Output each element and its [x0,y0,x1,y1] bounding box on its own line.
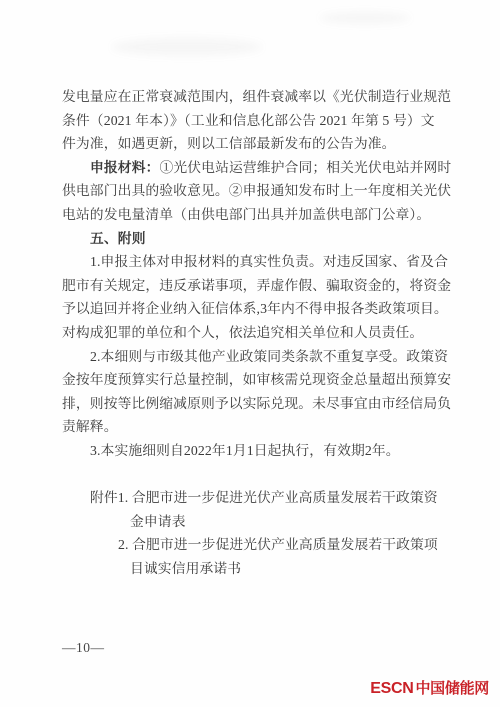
blank-line [62,463,452,487]
line-text: 予以追回并将企业纳入征信体系,3年内不得申报各类政策项目。 [62,301,448,316]
text-line: 对构成犯罪的单位和个人，依法追究相关单位和人员责任。 [62,321,452,345]
line-text: 条件（2021 年本）》（工业和信息化部公告 2021 年第 5 号）文 [62,113,435,128]
escn-logo: ESCN中国储能网 [370,679,489,698]
text-line: 金按年度预算实行总量控制，如审核需兑现资金总量超出预算安 [62,368,452,392]
line-text: 五、附则 [90,231,146,246]
text-line: 责解释。 [62,415,452,439]
line-text: 责解释。 [62,419,118,434]
text-line: 予以追回并将企业纳入征信体系,3年内不得申报各类政策项目。 [62,297,452,321]
scan-artifact [320,12,410,24]
text-line: 供电部门出具的验收意见。②申报通知发布时上一年度相关光伏 [62,179,452,203]
line-text: 对构成犯罪的单位和个人，依法追究相关单位和人员责任。 [62,325,423,340]
line-text: 2. 合肥市进一步促进光伏产业高质量发展若干政策项 [118,537,438,552]
text-line: 电站的发电量清单（由供电部门出具并加盖供电部门公章）。 [62,203,452,227]
text-line: 附件1. 合肥市进一步促进光伏产业高质量发展若干政策资 [62,486,452,510]
document-text: 发电量应在正常衰减范围内，组件衰减率以《光伏制造行业规范条件（2021 年本）》… [62,85,452,580]
text-line: 3.本实施细则自2022年1月1日起执行，有效期2年。 [62,439,452,463]
text-line: 件为准，如遇更新，则以工信部最新发布的公告为准。 [62,132,452,156]
escn-logo-latin-text: ESCN [370,680,413,697]
text-line: 目诚实信用承诺书 [62,557,452,581]
document-page: 发电量应在正常衰减范围内，组件衰减率以《光伏制造行业规范条件（2021 年本）》… [0,0,500,707]
scan-artifact [112,38,262,56]
text-line: 肥市有关规定，违反承诺事项，弄虚作假、骗取资金的，将资金 [62,274,452,298]
line-text: 1.申报主体对申报材料的真实性负责。对违反国家、省及合 [90,254,448,269]
page-number: —10— [62,640,105,656]
line-text: 2.本细则与市级其他产业政策同类条款不重复享受。政策资 [90,349,448,364]
line-text: 件为准，如遇更新，则以工信部最新发布的公告为准。 [62,136,396,151]
text-line: 金申请表 [62,510,452,534]
line-text: 金申请表 [130,514,186,529]
line-text: 肥市有关规定，违反承诺事项，弄虚作假、骗取资金的，将资金 [62,278,451,293]
line-text: 电站的发电量清单（由供电部门出具并加盖供电部门公章）。 [62,207,430,222]
text-line: 1.申报主体对申报材料的真实性负责。对违反国家、省及合 [62,250,452,274]
line-text: 附件1. 合肥市进一步促进光伏产业高质量发展若干政策资 [90,490,438,505]
escn-logo-chinese-text: 中国储能网 [415,680,489,697]
line-text: 金按年度预算实行总量控制，如审核需兑现资金总量超出预算安 [62,372,451,387]
bold-label: 申报材料： [90,160,159,175]
text-line: 排，则按等比例缩减原则予以实际兑现。未尽事宜由市经信局负 [62,392,452,416]
line-text: 3.本实施细则自2022年1月1日起执行，有效期2年。 [90,443,400,458]
line-text: ①光伏电站运营维护合同；相关光伏电站并网时 [159,160,451,175]
line-text: 发电量应在正常衰减范围内，组件衰减率以《光伏制造行业规范 [62,89,451,104]
text-line: 五、附则 [62,227,452,251]
text-line: 发电量应在正常衰减范围内，组件衰减率以《光伏制造行业规范 [62,85,452,109]
text-line: 条件（2021 年本）》（工业和信息化部公告 2021 年第 5 号）文 [62,109,452,133]
line-text: 供电部门出具的验收意见。②申报通知发布时上一年度相关光伏 [62,183,451,198]
text-line: 申报材料：①光伏电站运营维护合同；相关光伏电站并网时 [62,156,452,180]
line-text: 目诚实信用承诺书 [130,561,241,576]
line-text: 排，则按等比例缩减原则予以实际兑现。未尽事宜由市经信局负 [62,396,451,411]
text-line: 2. 合肥市进一步促进光伏产业高质量发展若干政策项 [62,533,452,557]
text-line: 2.本细则与市级其他产业政策同类条款不重复享受。政策资 [62,345,452,369]
